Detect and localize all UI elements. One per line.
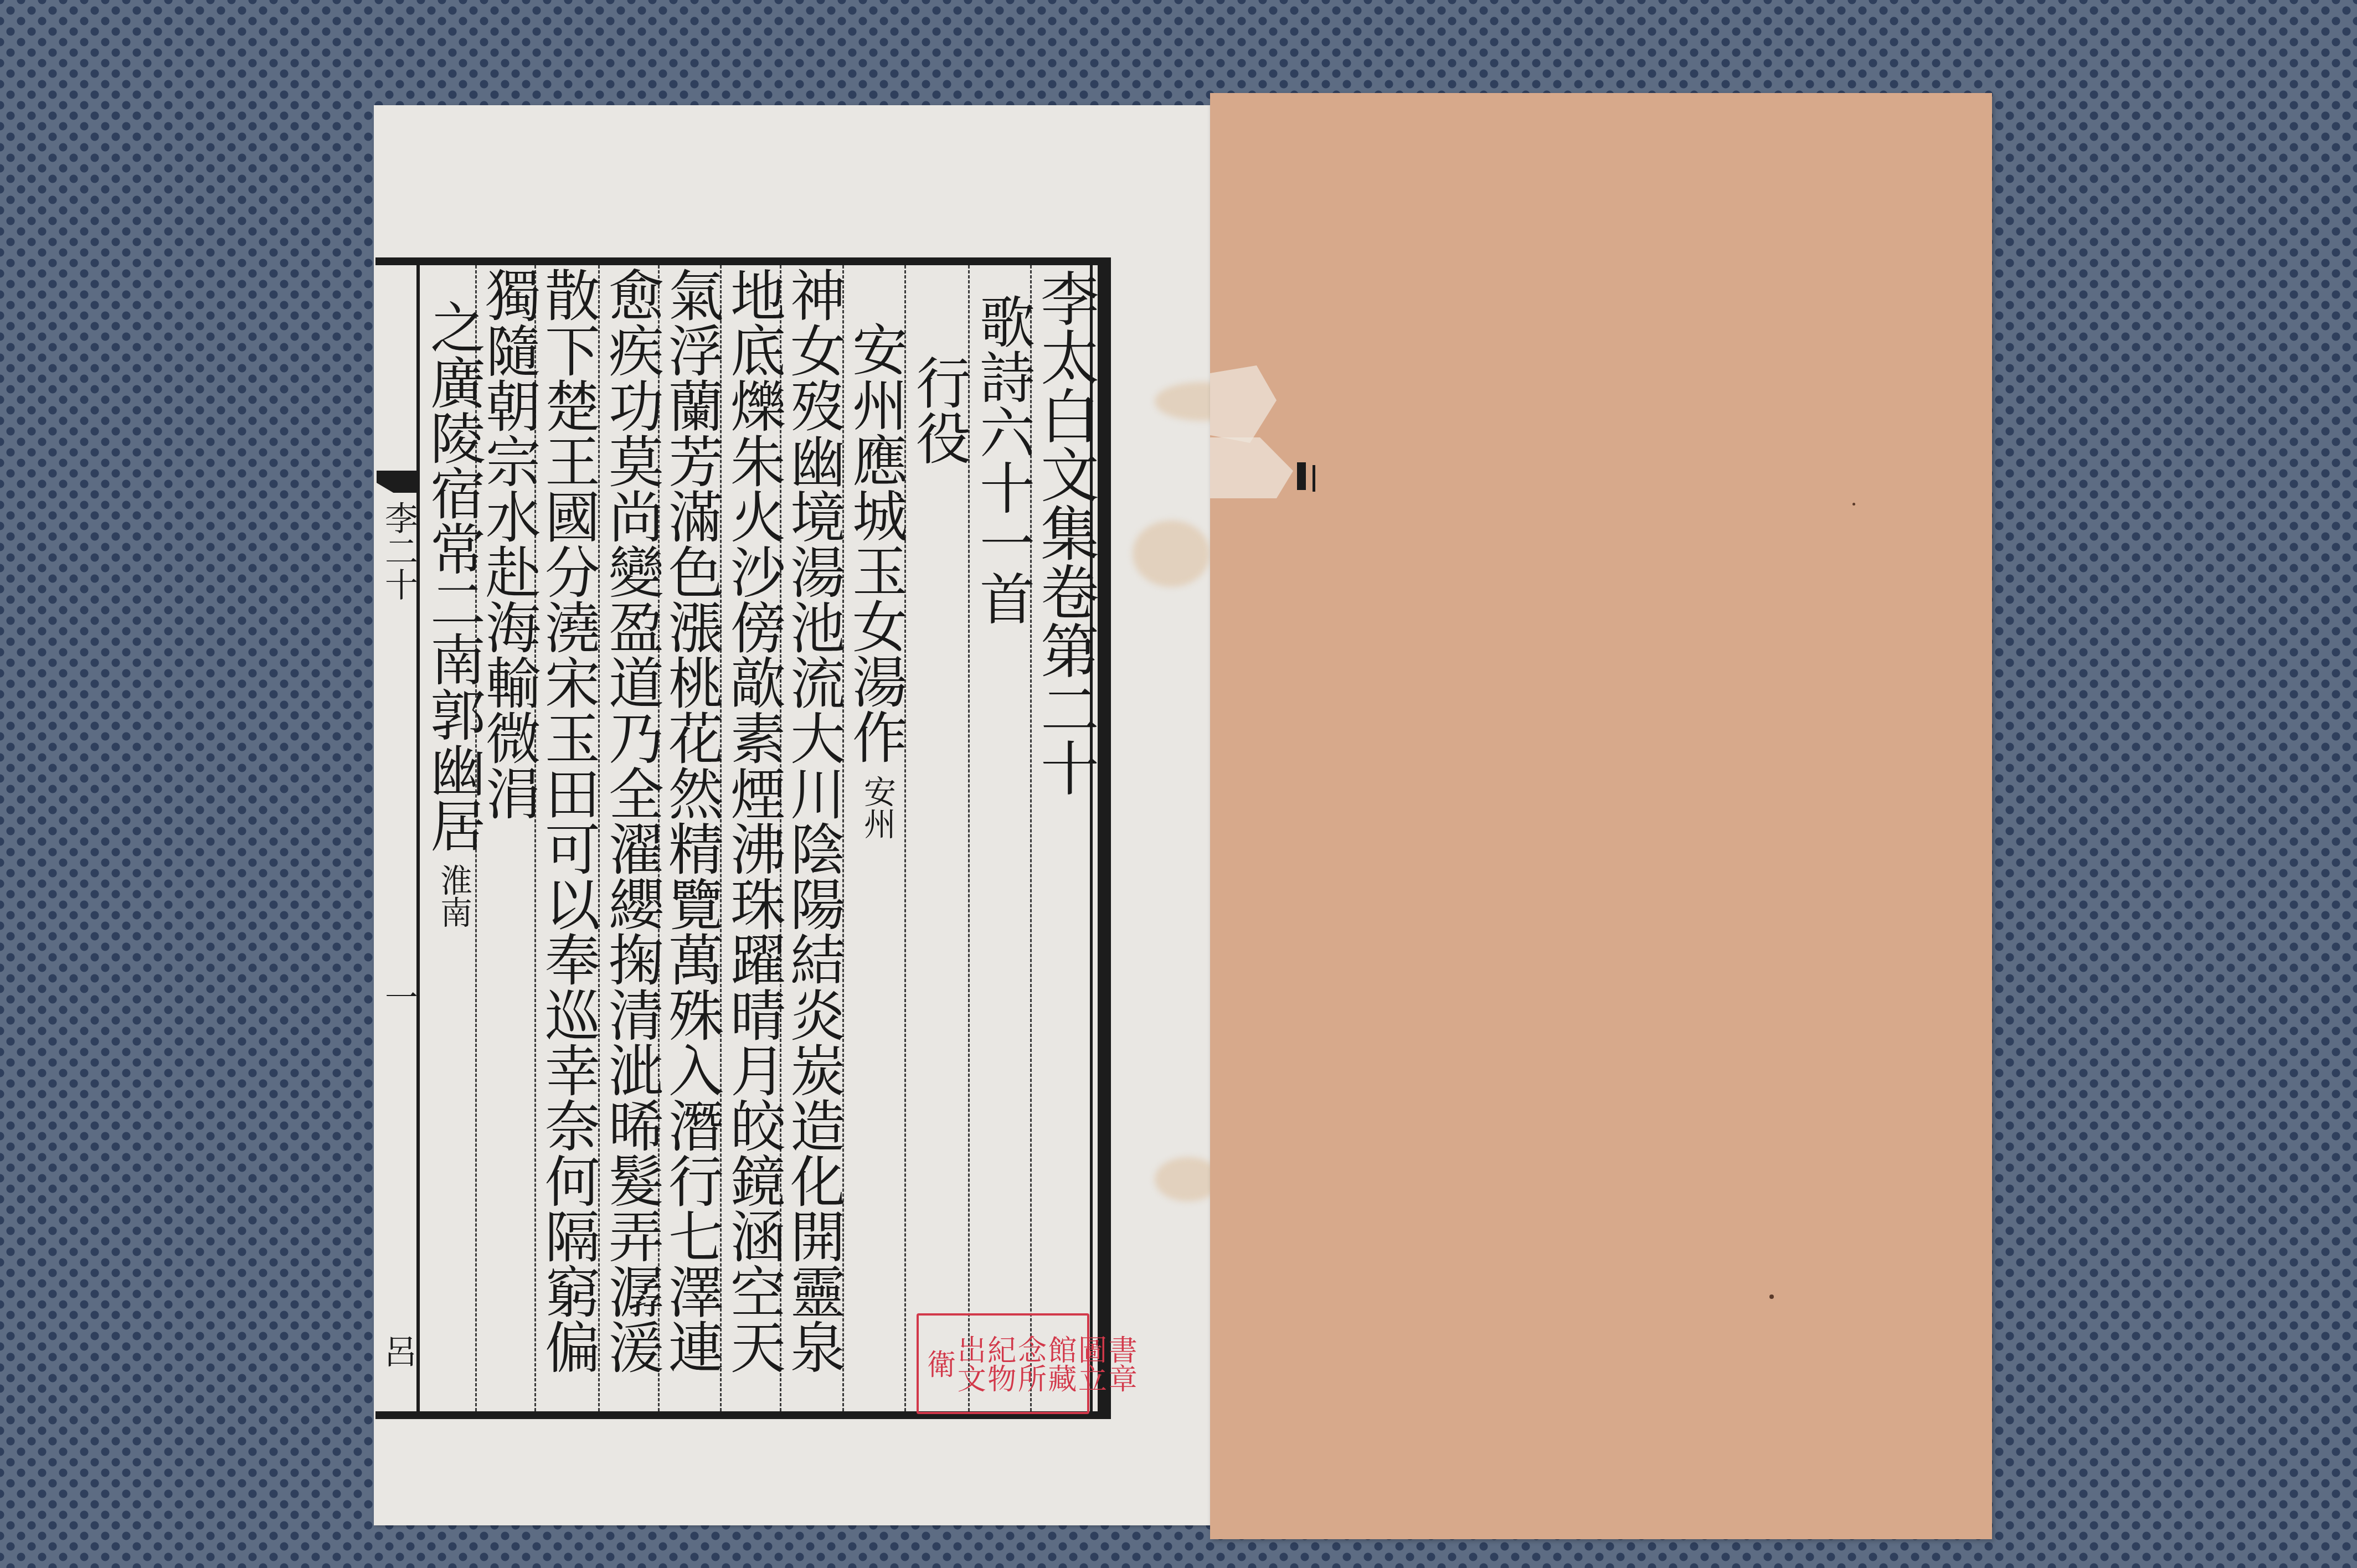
water-stain — [1133, 520, 1210, 587]
section-heading: 歌詩六十一首 — [975, 293, 1030, 626]
poem-line: 散下楚王國分澆宋玉田可以奉巡幸奈何隔窮偏 — [540, 267, 595, 1374]
banxin-page-number: 一 — [382, 980, 415, 1013]
ink-mark — [1313, 465, 1315, 492]
poem-line: 獨隨朝宗水赴海輸微涓 — [481, 267, 536, 821]
paper-speck — [1852, 503, 1855, 506]
paper-speck — [1769, 1294, 1774, 1299]
seal-text: 衛 — [923, 1349, 954, 1378]
poem-line: 神女歿幽境湯池流大川陰陽結炎炭造化開靈泉 — [785, 267, 841, 1374]
seal-text: 紀物 — [984, 1335, 1014, 1392]
banxin-bottom-mark: 呂 — [381, 1334, 414, 1368]
library-seal: 書章 圖立 館藏 念所 紀物 岀文 衛 — [917, 1313, 1089, 1414]
seal-text: 岀文 — [954, 1335, 984, 1392]
poem-title-note: 安州 — [861, 775, 893, 839]
seal-text: 館藏 — [1044, 1335, 1074, 1392]
next-poem-title: 之廣陵宿常二南郭幽居 — [425, 299, 481, 853]
ink-mark — [1297, 462, 1306, 490]
poem-line: 氣浮蘭芳滿色漲桃花然精覽萬殊入潛行七澤連 — [663, 267, 719, 1374]
banxin-label: 李二十 — [382, 501, 415, 601]
volume-title: 李太白文集卷第二十 — [1036, 269, 1094, 797]
seal-text: 圖立 — [1074, 1335, 1105, 1392]
poem-line: 地底爍朱火沙傍歊素煙沸珠躍晴月皎鏡涵空天 — [725, 267, 781, 1374]
seal-text: 念所 — [1014, 1335, 1044, 1392]
banxin-divider — [416, 265, 420, 1411]
right-page-orange-flyleaf — [1210, 93, 1992, 1539]
category-heading: 行役 — [911, 354, 966, 465]
next-poem-note: 淮南 — [438, 864, 470, 928]
seal-text: 書章 — [1105, 1335, 1135, 1392]
poem-line: 愈疾功莫尚變盈道乃全濯纓掬清泚晞髮弄潺湲 — [604, 267, 659, 1374]
poem-title: 安州應城玉女湯作 — [847, 321, 903, 764]
